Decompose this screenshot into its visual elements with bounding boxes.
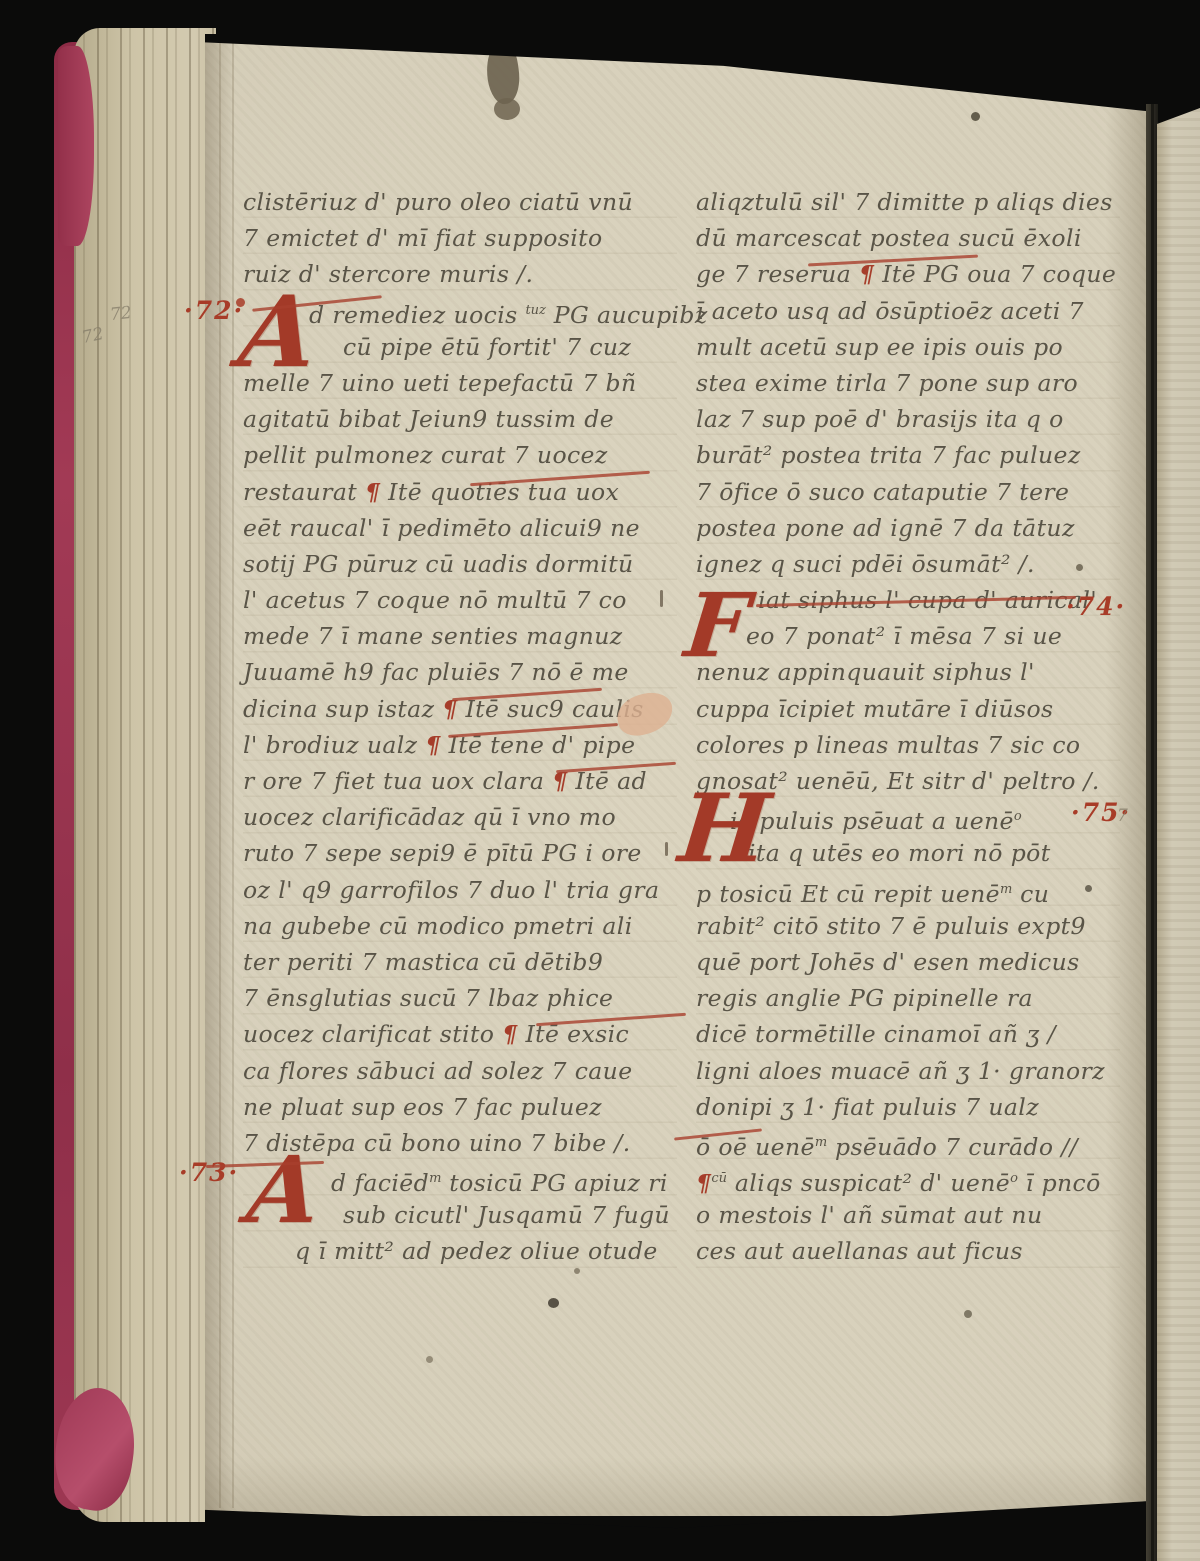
manuscript-line: eēt raucal' ī pedimēto alicui9 ne xyxy=(243,510,677,546)
manuscript-line: ces aut auellanas aut ficus xyxy=(696,1233,1120,1269)
page-edge-line xyxy=(1151,104,1154,1561)
manuscript-line: eo 7 ponat² ī mēsa 7 si ue xyxy=(696,618,1120,654)
manuscript-line: ter periti 7 mastica cū dētib9 xyxy=(243,944,677,980)
page-crease xyxy=(219,40,221,1508)
manuscript-line: clistēriuz d' puro oleo ciatū vnū xyxy=(243,184,677,220)
manuscript-line: mede 7 ī mane senties magnuz xyxy=(243,618,677,654)
page-blemish xyxy=(1085,885,1092,892)
manuscript-line: dicē tormētille cinamoī añ ʒ / xyxy=(696,1016,1120,1052)
manuscript-line: Juuamē h9 fac pluiēs 7 nō ē me xyxy=(243,654,677,690)
rubricated-initial: H xyxy=(676,792,773,867)
manuscript-line: nenuz appinquauit siphus l' xyxy=(696,654,1120,690)
manuscript-line: donipi ʒ 1· fiat puluis 7 ualz xyxy=(696,1089,1120,1125)
manuscript-line: ignez q suci pdēi ōsumāt² /. xyxy=(696,546,1120,582)
page-blemish xyxy=(574,1268,580,1274)
manuscript-line: agitatū bibat Jeiun9 tussim de xyxy=(243,401,677,437)
page-blemish xyxy=(964,1310,972,1318)
manuscript-line: burāt² postea trita 7 fac puluez xyxy=(696,437,1120,473)
manuscript-line: ruto 7 sepe sepi9 ē pītū PG i ore xyxy=(243,835,677,871)
manuscript-line: dicina sup istaz ¶ Itē suc9 caulis xyxy=(243,691,677,727)
manuscript-line: l' brodiuz ualz ¶ Itē tene d' pipe xyxy=(243,727,677,763)
manuscript-line: ligni aloes muacē añ ʒ 1· granorz xyxy=(696,1053,1120,1089)
manuscript-line: 7 ēnsglutias sucū 7 lbaz phice xyxy=(243,980,677,1016)
manuscript-line: ī aceto usq ad ōsūptioēz aceti 7 xyxy=(696,293,1120,329)
page-blemish xyxy=(1076,564,1083,571)
manuscript-line: uocez clarificādaz qū ī vno mo xyxy=(243,799,677,835)
book-cover-corner-top xyxy=(58,46,94,246)
text-column-right: aliqztulū sil' 7 dimitte p aliqs diesdū … xyxy=(696,184,1120,1270)
manuscript-line: regis anglie PG pipinelle ra xyxy=(696,980,1120,1016)
manuscript-line: laz 7 sup poē d' brasijs ita q o xyxy=(696,401,1120,437)
manuscript-line: 7 emictet d' mī fiat supposito xyxy=(243,220,677,256)
page-blemish xyxy=(426,1356,433,1363)
manuscript-line: uocez clarificat stito ¶ Itē exsic xyxy=(243,1016,677,1052)
manuscript-line: ¶cū aliqs suspicat² d' uenēo ī pncō xyxy=(696,1161,1120,1197)
pencil-folio-mark: 7 xyxy=(1117,806,1128,826)
ink-tick-mark xyxy=(660,590,663,607)
page-blemish xyxy=(494,98,520,120)
manuscript-line: sotij PG pūruz cū uadis dormitū xyxy=(243,546,677,582)
page-blemish xyxy=(548,1298,559,1308)
manuscript-line: cuppa īcipiet mutāre ī diūsos xyxy=(696,691,1120,727)
manuscript-line: ge 7 reserua ¶ Itē PG oua 7 coque xyxy=(696,256,1120,292)
page-blemish xyxy=(236,298,245,307)
manuscript-line: aliqztulū sil' 7 dimitte p aliqs dies xyxy=(696,184,1120,220)
manuscript-line: ne pluat sup eos 7 fac puluez xyxy=(243,1089,677,1125)
manuscript-line: mult acetū sup ee ipis ouis po xyxy=(696,329,1120,365)
manuscript-line: o mestois l' añ sūmat aut nu xyxy=(696,1197,1120,1233)
manuscript-line: stea exime tirla 7 pone sup aro xyxy=(696,365,1120,401)
manuscript-line: pellit pulmonez curat 7 uocez xyxy=(243,437,677,473)
manuscript-line: postea pone ad ignē 7 da tātuz xyxy=(696,510,1120,546)
manuscript-line: 7 ōfice ō suco cataputie 7 tere xyxy=(696,474,1120,510)
rubricated-initial: F xyxy=(682,590,752,660)
manuscript-line: ca flores sābuci ad solez 7 caue xyxy=(243,1053,677,1089)
manuscript-line: na gubebe cū modico pmetri ali xyxy=(243,908,677,944)
manuscript-line: rabit² citō stito 7 ē puluis expt9 xyxy=(696,908,1120,944)
manuscript-line: dū marcescat postea sucū ēxoli xyxy=(696,220,1120,256)
pencil-folio-mark: 72 xyxy=(109,303,133,325)
page-crease xyxy=(232,40,234,1508)
manuscript-line: restaurat ¶ Itē quotiēs tua uox xyxy=(243,474,677,510)
manuscript-line: oz l' q9 garrofilos 7 duo l' tria gra xyxy=(243,872,677,908)
manuscript-photo: clistēriuz d' puro oleo ciatū vnū7 emict… xyxy=(0,0,1200,1561)
manuscript-line: colores p lineas multas 7 sic co xyxy=(696,727,1120,763)
page-leaf-edges xyxy=(74,28,216,1522)
page-blemish xyxy=(971,112,980,121)
ink-tick-mark xyxy=(665,842,668,856)
manuscript-line: l' acetus 7 coque nō multū 7 co xyxy=(243,582,677,618)
margin-recipe-number: ·73· xyxy=(179,1158,239,1187)
facing-page-sliver xyxy=(1157,108,1200,1561)
manuscript-line: quē port Johēs d' esen medicus xyxy=(696,944,1120,980)
